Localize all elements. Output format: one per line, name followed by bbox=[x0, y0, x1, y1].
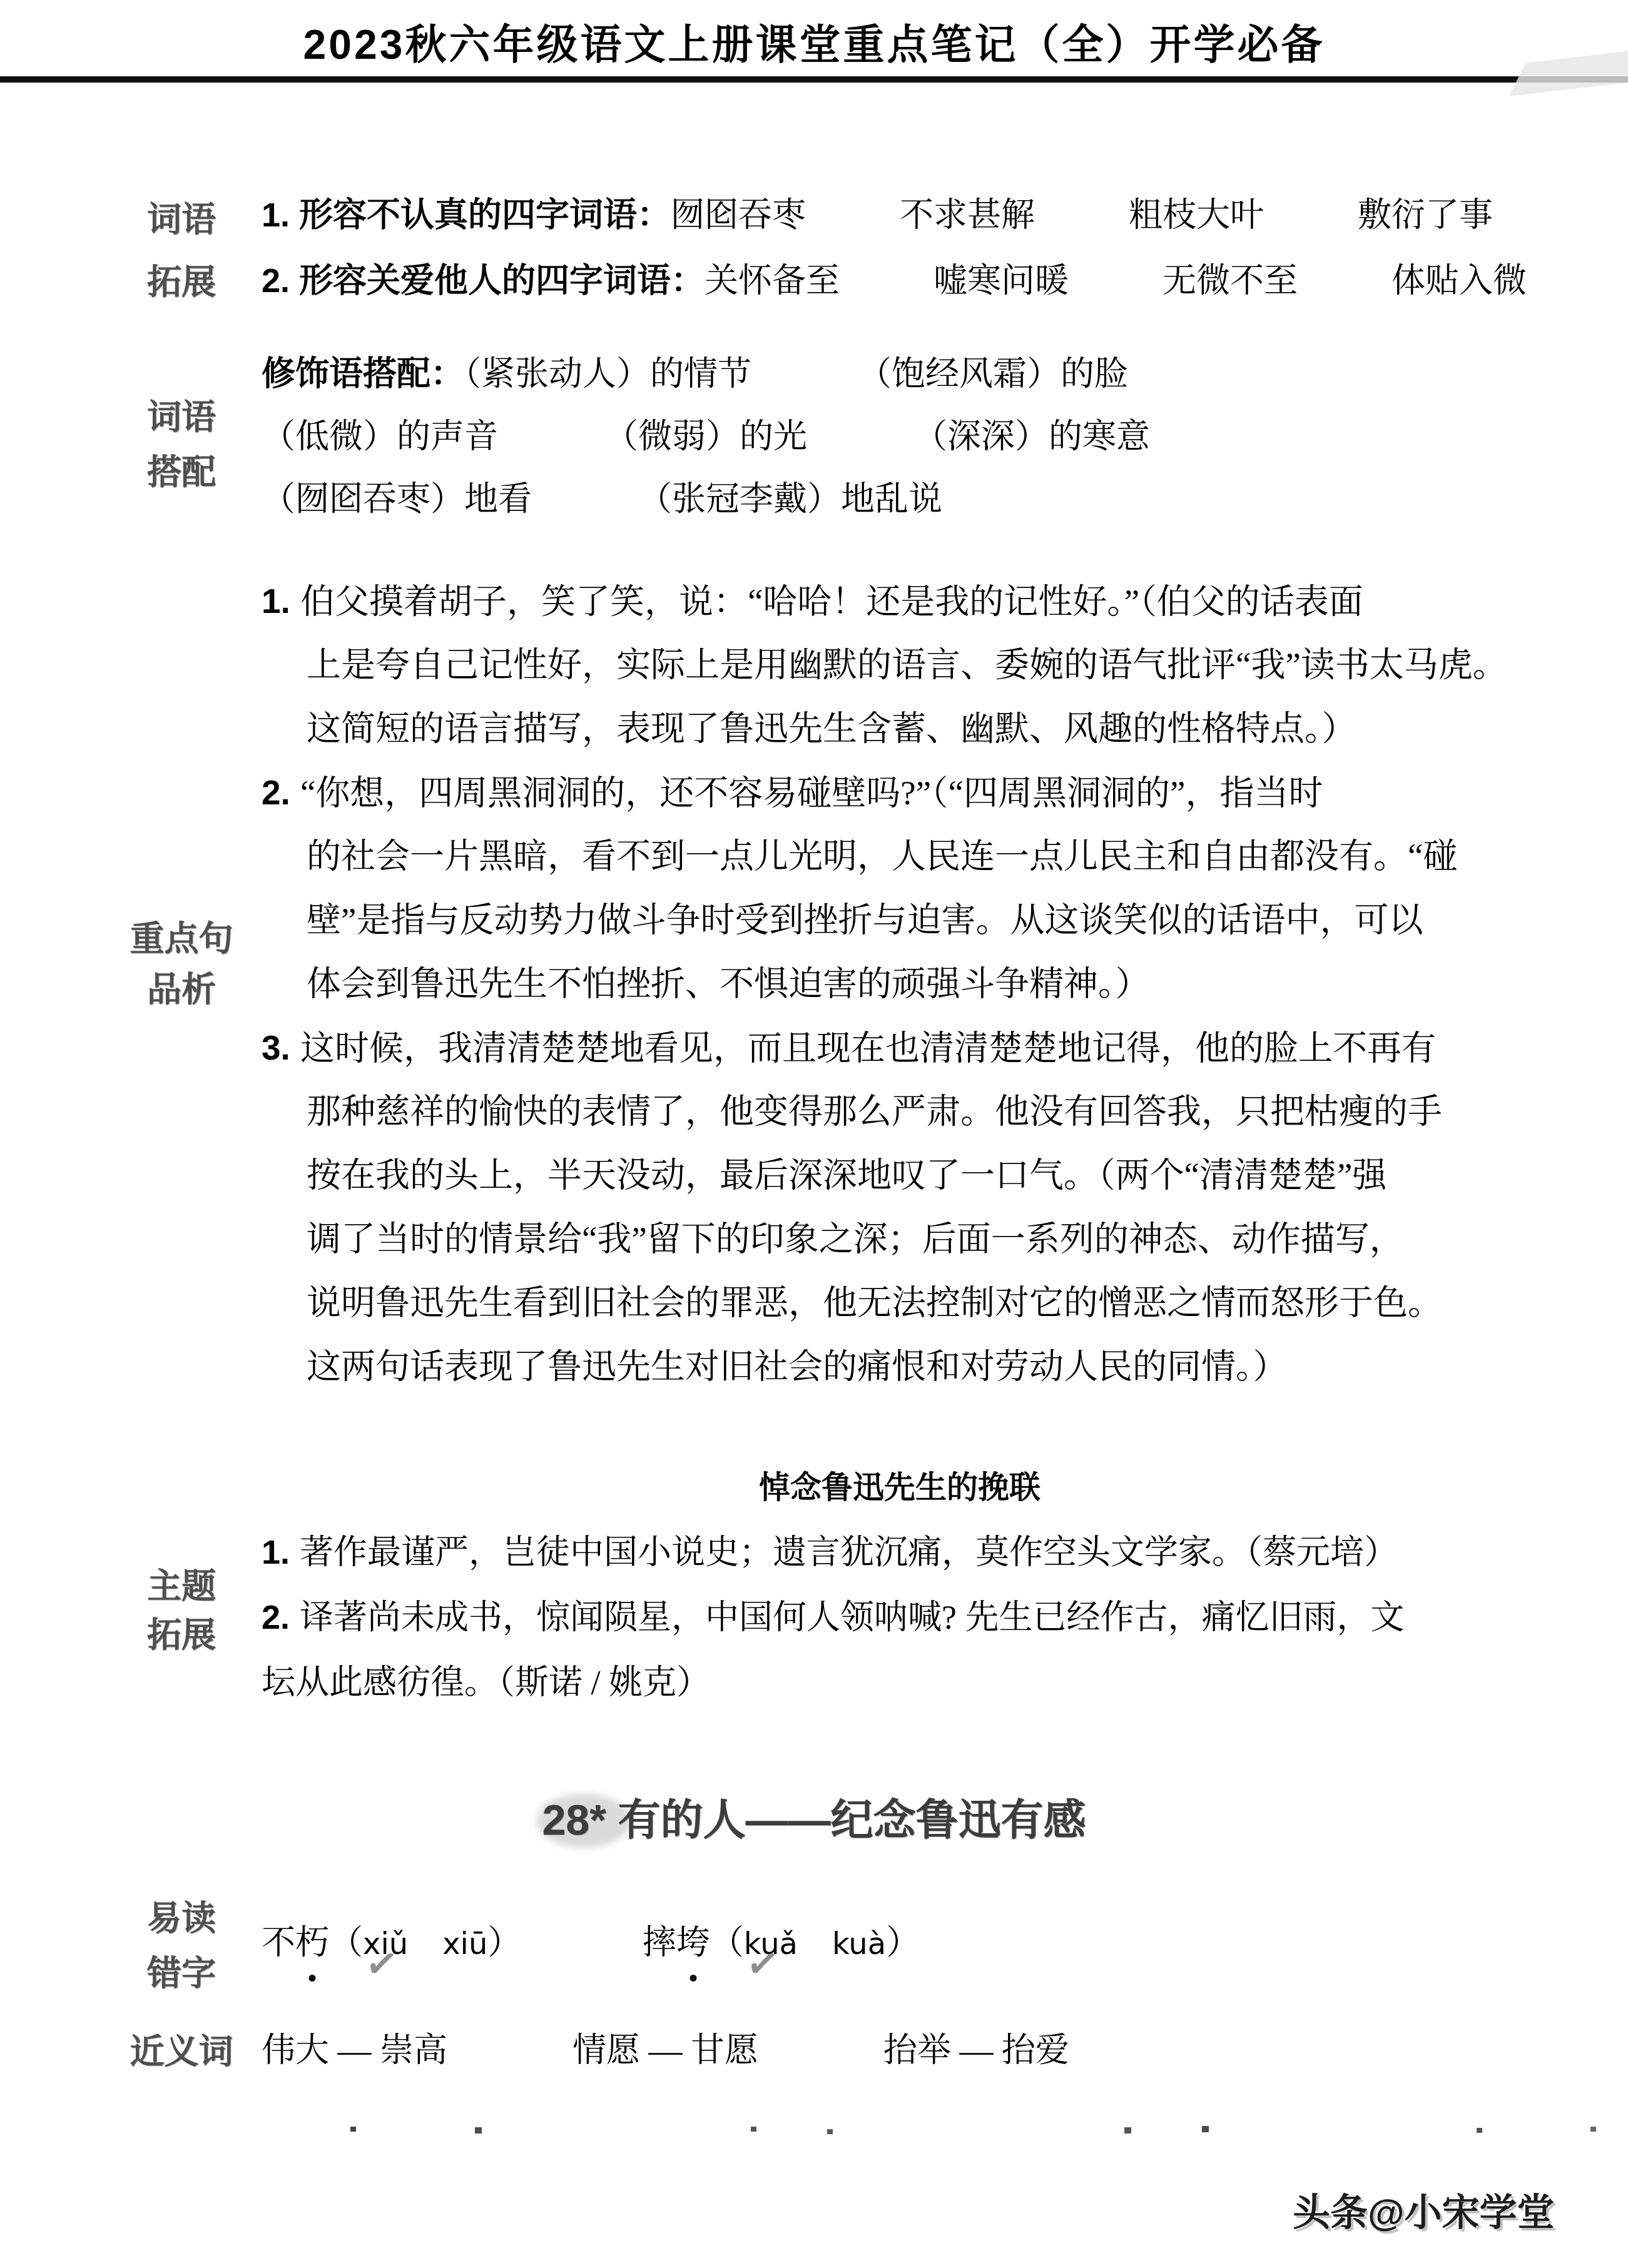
line-lead: 1. 形容不认真的四字词语： bbox=[262, 196, 671, 234]
key-sentence-line: 的社会一片黑暗，看不到一点儿光明，人民连一点儿民主和自由都没有。“碰 bbox=[262, 824, 1550, 888]
elegiac-couplet-line: 1.著作最谨严，岂徒中国小说史；遗言犹沉痛，莫作空头文学家。（蔡元培） bbox=[262, 1520, 1550, 1585]
collocation: （饱经风霜）的脸 bbox=[858, 355, 1128, 393]
label-line: 重点句 bbox=[94, 913, 269, 964]
section-label-synonyms: 近义词 bbox=[94, 2029, 269, 2073]
key-sentence-line: 3.这时候，我清清楚楚地看见，而且现在也清清楚楚地记得，他的脸上不再有 bbox=[262, 1016, 1550, 1080]
label-line: 拓展 bbox=[94, 250, 269, 313]
synonym-pair: 伟大 — 崇高 bbox=[262, 2032, 447, 2069]
label-line: 搭配 bbox=[94, 444, 269, 499]
pinyin-correct: xiǔ✓ bbox=[363, 1913, 408, 1974]
word-match-line: （囫囵吞枣）地看（张冠李戴）地乱说 bbox=[262, 468, 1550, 530]
key-sentence-line: 体会到鲁迅先生不怕挫折、不惧迫害的顽强斗争精神。） bbox=[262, 952, 1550, 1016]
sentence-text: “你想，四周黑洞洞的，还不容易碰壁吗?”（“四周黑洞洞的”，指当时 bbox=[300, 774, 1323, 812]
collocation: （深深）的寒意 bbox=[913, 418, 1150, 455]
collocation: （微弱）的光 bbox=[604, 418, 807, 455]
title-divider bbox=[0, 76, 1628, 83]
error-prone-word: 不朽（xiǔ✓xiū） bbox=[262, 1913, 521, 1974]
collocation: （张冠李戴）地乱说 bbox=[638, 480, 942, 518]
key-sentence-line: 这简短的语言描写，表现了鲁迅先生含蓄、幽默、风趣的性格特点。） bbox=[262, 697, 1550, 761]
check-icon: ✓ bbox=[744, 1943, 781, 1987]
pinyin-correct: kuǎ✓ bbox=[744, 1913, 798, 1974]
idiom: 嘘寒问暖 bbox=[934, 262, 1069, 300]
error-prone-word: 摔垮（kuǎ✓kuà） bbox=[643, 1913, 920, 1974]
key-sentence-line: 上是夸自己记性好，实际上是用幽默的语言、委婉的语气批评“我”读书太马虎。 bbox=[262, 633, 1550, 697]
item-number: 2. bbox=[262, 773, 290, 812]
clipped-text-remnant bbox=[350, 2127, 356, 2132]
word-match-line: 修饰语搭配：（紧张动人）的情节（饱经风霜）的脸 bbox=[262, 343, 1550, 405]
key-sentence-line: 那种慈祥的愉快的表情了，他变得那么严肃。他没有回答我，只把枯瘦的手 bbox=[262, 1080, 1550, 1143]
key-sentence-line: 壁”是指与反动势力做斗争时受到挫折与迫害。从这谈笑似的话语中，可以 bbox=[262, 888, 1550, 952]
key-sentence-line: 按在我的头上，半天没动，最后深深地叹了一口气。（两个“清清楚楚”强 bbox=[262, 1143, 1550, 1207]
idiom: 敷衍了事 bbox=[1358, 196, 1493, 234]
key-sentence-line: 说明鲁迅先生看到旧社会的罪恶，他无法控制对它的憎恶之情而怒形于色。 bbox=[262, 1271, 1550, 1335]
section-word-expansion: 1. 形容不认真的四字词语：囫囵吞枣不求甚解粗枝大叶敷衍了事 2. 形容关爱他人… bbox=[262, 183, 1550, 314]
item-number: 1. bbox=[262, 1534, 290, 1571]
page: 2023秋六年级语文上册课堂重点笔记（全）开学必备 词语 拓展 1. 形容不认真… bbox=[0, 0, 1628, 2268]
idiom: 无微不至 bbox=[1162, 262, 1298, 300]
section-theme: 1.著作最谨严，岂徒中国小说史；遗言犹沉痛，莫作空头文学家。（蔡元培） 2.译著… bbox=[262, 1520, 1550, 1715]
error-prone-line: 不朽（xiǔ✓xiū） 摔垮（kuǎ✓kuà） bbox=[262, 1913, 1550, 1973]
emphasized-char: 垮 bbox=[676, 1913, 710, 1973]
label-line: 词语 bbox=[94, 188, 269, 250]
idiom: 囫囵吞枣 bbox=[671, 196, 806, 234]
idiom: 粗枝大叶 bbox=[1129, 196, 1264, 234]
pinyin-wrong: xiū bbox=[442, 1926, 487, 1962]
sentence-text: 伯父摸着胡子，笑了笑，说：“哈哈！还是我的记性好。”（伯父的话表面 bbox=[300, 582, 1363, 620]
sentence-text: 这时候，我清清楚楚地看见，而且现在也清清楚楚地记得，他的脸上不再有 bbox=[300, 1029, 1436, 1067]
label-line: 近义词 bbox=[94, 2029, 269, 2073]
synonyms-line: 伟大 — 崇高情愿 — 甘愿抬举 — 抬爱 bbox=[262, 2020, 1550, 2080]
couplet-text: 著作最谨严，岂徒中国小说史；遗言犹沉痛，莫作空头文学家。（蔡元培） bbox=[300, 1534, 1398, 1571]
section-label-error-prone: 易读 错字 bbox=[94, 1890, 269, 2000]
chapter-heading: 28* 有的人——纪念鲁迅有感 bbox=[0, 1786, 1628, 1847]
couplet-text: 译著尚未成书，惊闻陨星，中国何人领呐喊? 先生已经作古，痛忆旧雨，文 bbox=[300, 1599, 1404, 1636]
word-expansion-line: 1. 形容不认真的四字词语：囫囵吞枣不求甚解粗枝大叶敷衍了事 bbox=[262, 183, 1550, 248]
item-number: 3. bbox=[262, 1028, 290, 1067]
paren-open: （ bbox=[329, 1924, 363, 1962]
label-line: 拓展 bbox=[94, 1610, 269, 1659]
section-label-word-expansion: 词语 拓展 bbox=[94, 188, 269, 313]
theme-heading: 悼念鲁迅先生的挽联 bbox=[262, 1462, 1538, 1507]
key-sentence-line: 1.伯父摸着胡子，笑了笑，说：“哈哈！还是我的记性好。”（伯父的话表面 bbox=[262, 569, 1550, 633]
word-char: 摔 bbox=[643, 1924, 676, 1962]
elegiac-couplet-line: 坛从此感彷徨。（斯诺 / 姚克） bbox=[262, 1650, 1550, 1715]
page-title: 2023秋六年级语文上册课堂重点笔记（全）开学必备 bbox=[0, 11, 1628, 71]
emphasized-char: 朽 bbox=[295, 1913, 329, 1973]
section-key-sentences: 1.伯父摸着胡子，笑了笑，说：“哈哈！还是我的记性好。”（伯父的话表面 上是夸自… bbox=[262, 569, 1550, 1399]
key-sentence-line: 这两句话表现了鲁迅先生对旧社会的痛恨和对劳动人民的同情。） bbox=[262, 1335, 1550, 1399]
pinyin-wrong: kuà bbox=[832, 1926, 886, 1962]
idiom: 体贴入微 bbox=[1391, 262, 1527, 300]
line-lead: 修饰语搭配： bbox=[262, 355, 464, 393]
collocation: （低微）的声音 bbox=[262, 418, 498, 455]
key-sentence-line: 调了当时的情景给“我”留下的印象之深；后面一系列的神态、动作描写， bbox=[262, 1207, 1550, 1271]
paren-close: ） bbox=[487, 1924, 521, 1962]
check-icon: ✓ bbox=[363, 1943, 400, 1987]
footer-credit: 头条@小宋学堂 bbox=[1293, 2183, 1555, 2237]
section-synonyms: 伟大 — 崇高情愿 — 甘愿抬举 — 抬爱 bbox=[262, 2020, 1550, 2080]
item-number: 2. bbox=[262, 1599, 290, 1636]
label-line: 词语 bbox=[94, 389, 269, 444]
label-line: 错字 bbox=[94, 1945, 269, 2000]
word-match-line: （低微）的声音（微弱）的光（深深）的寒意 bbox=[262, 405, 1550, 468]
idiom: 关怀备至 bbox=[705, 262, 840, 300]
collocation: （紧张动人）的情节 bbox=[464, 355, 751, 393]
section-error-prone: 不朽（xiǔ✓xiū） 摔垮（kuǎ✓kuà） bbox=[262, 1913, 1550, 1973]
label-line: 易读 bbox=[94, 1890, 269, 1945]
paren-open: （ bbox=[710, 1924, 744, 1962]
section-label-word-match: 词语 搭配 bbox=[94, 389, 269, 499]
collocation: （囫囵吞枣）地看 bbox=[262, 480, 532, 518]
key-sentence-line: 2.“你想，四周黑洞洞的，还不容易碰壁吗?”（“四周黑洞洞的”，指当时 bbox=[262, 761, 1550, 824]
word-expansion-line: 2. 形容关爱他人的四字词语：关怀备至嘘寒问暖无微不至体贴入微 bbox=[262, 248, 1550, 314]
idiom: 不求甚解 bbox=[900, 196, 1035, 234]
paren-close: ） bbox=[886, 1924, 920, 1962]
line-lead: 2. 形容关爱他人的四字词语： bbox=[262, 262, 705, 300]
word-char: 不 bbox=[262, 1924, 295, 1962]
item-number: 1. bbox=[262, 582, 290, 620]
synonym-pair: 情愿 — 甘愿 bbox=[572, 2032, 758, 2069]
section-word-match: 修饰语搭配：（紧张动人）的情节（饱经风霜）的脸 （低微）的声音（微弱）的光（深深… bbox=[262, 343, 1550, 530]
section-label-key-sentences: 重点句 品析 bbox=[94, 913, 269, 1015]
elegiac-couplet-line: 2.译著尚未成书，惊闻陨星，中国何人领呐喊? 先生已经作古，痛忆旧雨，文 bbox=[262, 1585, 1550, 1650]
section-label-theme: 主题 拓展 bbox=[94, 1561, 269, 1659]
synonym-pair: 抬举 — 抬爱 bbox=[883, 2032, 1069, 2069]
label-line: 品析 bbox=[94, 964, 269, 1015]
label-line: 主题 bbox=[94, 1561, 269, 1610]
